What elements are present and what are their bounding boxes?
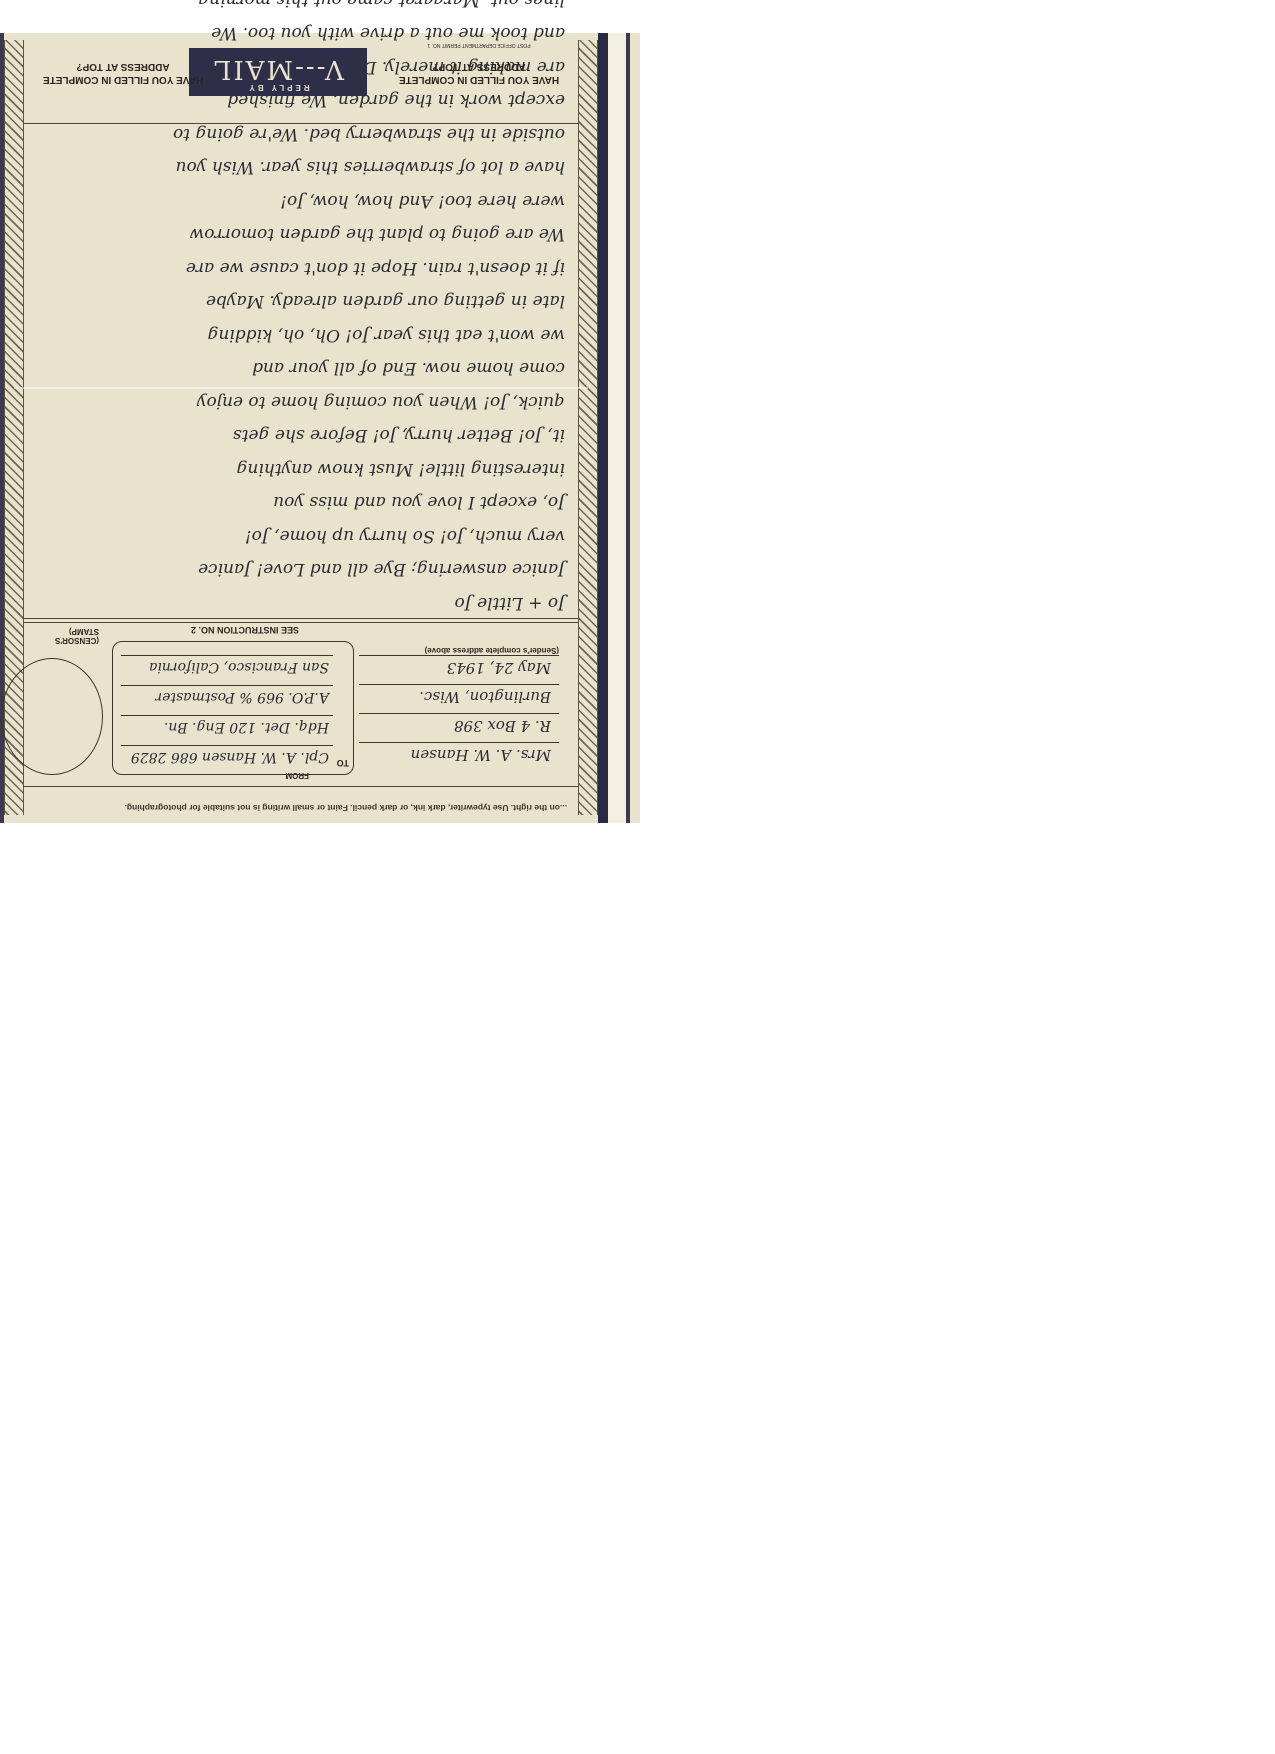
vmail-title: V---MAIL [189, 55, 367, 83]
form-inner: ...on the right. Use typewriter, dark in… [23, 40, 579, 815]
to-label: TO [337, 758, 349, 768]
from-line: May 24, 1943 [447, 659, 551, 677]
to-address-box: TO Cpl. A. W. Hansen 686 2829 Hdq. Det. … [112, 641, 354, 775]
sender-note: (Sender's complete address above) [425, 646, 559, 655]
divider [23, 123, 579, 124]
right-edge-line [626, 33, 630, 823]
censor-stamp-circle [1, 658, 103, 775]
letter-body: Hello Poppy, Our offspring is on the way… [33, 119, 569, 619]
letter-line: have a lot of strawberries this year. Wi… [33, 150, 569, 184]
vmail-form: ...on the right. Use typewriter, dark in… [4, 40, 598, 815]
from-address: Mrs. A. W. Hansen R. 4 Box 398 Burlingto… [359, 655, 559, 771]
reply-by-label: REPLY BY [189, 83, 367, 92]
letter-line: were here too! And how, how, Jo! [33, 184, 569, 218]
fold-line [14, 387, 588, 389]
divider [23, 622, 579, 623]
permit-text: POST OFFICE DEPARTMENT PERMIT NO. 1 [389, 42, 569, 48]
right-edge-band [598, 33, 608, 823]
from-line: R. 4 Box 398 [454, 717, 551, 735]
form-instructions: ...on the right. Use typewriter, dark in… [35, 802, 567, 813]
to-line: A.P.O. 969 % Postmaster [155, 689, 329, 705]
letter-line: Jo + Little Jo [33, 586, 569, 620]
from-line: Burlington, Wisc. [419, 688, 551, 706]
to-line: Cpl. A. W. Hansen 686 2829 [131, 749, 329, 765]
letter-line: Janice answering; Bye all and Love! Jani… [33, 552, 569, 586]
letter-line: we won't eat this year Jo! Oh, oh, kiddi… [33, 318, 569, 352]
from-line: Mrs. A. W. Hansen [411, 746, 551, 764]
see-instruction: SEE INSTRUCTION NO. 2 [191, 625, 299, 635]
censor-stamp-label: (CENSOR'S STAMP) [23, 627, 99, 645]
letter-line: interesting little! Must know anything [33, 452, 569, 486]
letter-line: Jo, except I love you and miss you [33, 485, 569, 519]
letter-line: it, Jo! Better hurry, Jo! Before she get… [33, 418, 569, 452]
address-question-right: HAVE YOU FILLED IN COMPLETE ADDRESS AT T… [33, 60, 213, 86]
letter-line: We are going to plant the garden tomorro… [33, 217, 569, 251]
letter-line: lines out. Margaret came out this mornin… [33, 0, 569, 16]
to-line: San Francisco, California [149, 659, 329, 675]
letter-line: if it doesn't rain. Hope it don't cause … [33, 251, 569, 285]
letter-line: late in getting our garden already. Mayb… [33, 284, 569, 318]
address-question-left: HAVE YOU FILLED IN COMPLETE ADDRESS AT T… [389, 60, 569, 86]
vmail-banner: REPLY BY V---MAIL [189, 48, 367, 96]
right-edge-strip [608, 33, 628, 823]
letter-line: very much, Jo! So hurry up home, Jo! [33, 519, 569, 553]
hatched-border-left [578, 40, 598, 815]
to-line: Hdq. Det. 120 Eng. Bn. [164, 719, 329, 735]
divider [23, 786, 579, 787]
form-header: HAVE YOU FILLED IN COMPLETE ADDRESS AT T… [23, 40, 579, 124]
letter-line: come home now. End of all your and [33, 351, 569, 385]
letter-line: quick, Jo! When you coming home to enjoy [33, 385, 569, 419]
